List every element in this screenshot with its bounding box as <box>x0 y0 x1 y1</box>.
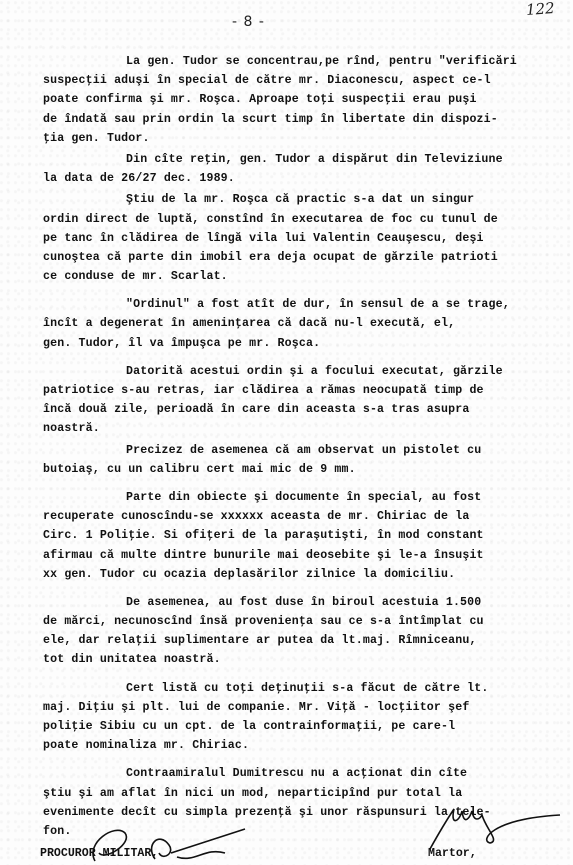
text-line: recuperate cunoscîndu-se xxxxxx aceasta … <box>43 507 571 526</box>
text-line: poate nominaliza mr. Chiriac. <box>43 736 571 755</box>
text-line: Ştiu de la mr. Roşca că practic s-a dat … <box>43 190 571 209</box>
text-line: ştiu şi am aflat în nici un mod, neparti… <box>43 784 571 803</box>
text-line: Precizez de asemenea că am observat un p… <box>43 441 571 460</box>
text-line: de îndată sau prin ordin la scurt timp î… <box>43 110 571 129</box>
text-line: Parte din obiecte şi documente în specia… <box>43 488 571 507</box>
text-line: gen. Tudor, îl va împuşca pe mr. Roşca. <box>43 334 571 353</box>
text-line: La gen. Tudor se concentrau,pe rînd, pen… <box>43 52 571 71</box>
witness-label: Martor, <box>428 847 477 860</box>
text-line: ordin direct de luptă, constînd în execu… <box>43 210 571 229</box>
paragraph-4: "Ordinul" a fost atît de dur, în sensul … <box>43 295 571 353</box>
text-line: încă două zile, perioadă în care din ace… <box>43 400 571 419</box>
text-line: Contraamiralul Dumitrescu nu a acţionat … <box>43 764 571 783</box>
text-line: ce conduse de mr. Scarlat. <box>43 267 571 286</box>
text-line: la data de 26/27 dec. 1989. <box>43 169 571 188</box>
page-number: - 8 - <box>232 14 265 30</box>
text-line: xx gen. Tudor cu ocazia deplasărilor zil… <box>43 565 571 584</box>
text-line: Din cîte reţin, gen. Tudor a dispărut di… <box>43 150 571 169</box>
text-line: pe tanc în clădirea de lîngă vila lui Va… <box>43 229 571 248</box>
document-body: La gen. Tudor se concentrau,pe rînd, pen… <box>43 52 571 841</box>
paragraph-3: Ştiu de la mr. Roşca că practic s-a dat … <box>43 190 571 286</box>
text-line: poliţie Sibiu cu un cpt. de la contrainf… <box>43 717 571 736</box>
paragraph-2: Din cîte reţin, gen. Tudor a dispărut di… <box>43 150 571 188</box>
text-line: maj. Diţiu şi plt. lui de companie. Mr. … <box>43 698 571 717</box>
text-line: suspecţii aduşi în special de către mr. … <box>43 71 571 90</box>
paragraph-10: Contraamiralul Dumitrescu nu a acţionat … <box>43 764 571 841</box>
text-line: butoiaş, cu un calibru cert mai mic de 9… <box>43 460 571 479</box>
text-line: Circ. 1 Poliţie. Si ofiţeri de la paraşu… <box>43 526 571 545</box>
text-line: ţia gen. Tudor. <box>43 129 571 148</box>
document-page: 122 - 8 - La gen. Tudor se concentrau,pe… <box>0 0 573 865</box>
text-line: De asemenea, au fost duse în biroul aces… <box>43 593 571 612</box>
paragraph-9: Cert listă cu toţi deţinuţii s-a făcut d… <box>43 679 571 756</box>
text-line: încît a degenerat în ameninţarea că dacă… <box>43 314 571 333</box>
text-line: noastră. <box>43 419 571 438</box>
text-line: de mărci, necunoscînd însă provenienţa s… <box>43 612 571 631</box>
text-line: ele, dar relaţii suplimentare ar putea d… <box>43 631 571 650</box>
paragraph-1: La gen. Tudor se concentrau,pe rînd, pen… <box>43 52 571 148</box>
text-line: evenimente decît cu simpla prezenţă şi u… <box>43 803 571 822</box>
text-line: Cert listă cu toţi deţinuţii s-a făcut d… <box>43 679 571 698</box>
paragraph-6: Precizez de asemenea că am observat un p… <box>43 441 571 479</box>
text-line: patriotice s-au retras, iar clădirea a r… <box>43 381 571 400</box>
text-line: Datorită acestui ordin şi a focului exec… <box>43 362 571 381</box>
paragraph-5: Datorită acestui ordin şi a focului exec… <box>43 362 571 439</box>
prosecutor-label: PROCUROR MILITAR, <box>40 847 158 860</box>
text-line: "Ordinul" a fost atît de dur, în sensul … <box>43 295 571 314</box>
folio-number: 122 <box>526 0 556 19</box>
text-line: poate confirma şi mr. Roşca. Aproape toţ… <box>43 90 571 109</box>
text-line: tot din unitatea noastră. <box>43 650 571 669</box>
text-line: cunoştea că parte din imobil era deja oc… <box>43 248 571 267</box>
text-line: afirmau că multe dintre bunurile mai deo… <box>43 546 571 565</box>
paragraph-8: De asemenea, au fost duse în biroul aces… <box>43 593 571 670</box>
signature-block: PROCUROR MILITAR, Martor, <box>0 835 573 865</box>
paragraph-7: Parte din obiecte şi documente în specia… <box>43 488 571 584</box>
